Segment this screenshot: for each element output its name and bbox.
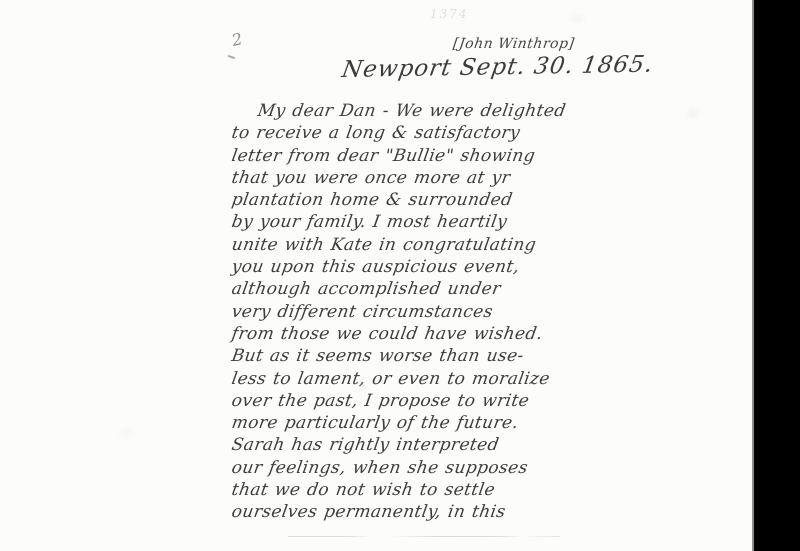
letter-line: that we do not wish to settle [230, 479, 579, 501]
letter-line: unite with Kate in congratulating [230, 234, 579, 256]
paper-smudge [120, 430, 132, 437]
letter-line: over the past, I propose to write [230, 390, 579, 412]
paper-crease-line [288, 536, 560, 537]
paper-smudge [570, 16, 584, 22]
margin-mark: 2 [230, 29, 244, 50]
letter-line: very different circumstances [230, 301, 579, 323]
faint-page-number: 1374 [430, 7, 469, 21]
letter-line: plantation home & surrounded [230, 189, 579, 211]
scanner-black-margin [752, 0, 800, 551]
scanned-letter-page: 1374 2 [John Winthrop] Newport Sept. 30.… [0, 0, 800, 551]
archival-note: [John Winthrop] [452, 36, 576, 52]
letter-line: less to lament, or even to moralize [230, 368, 579, 390]
dateline: Newport Sept. 30. 1865. [340, 52, 655, 83]
letter-line: ourselves permanently, in this [230, 501, 579, 523]
paper-smudge [688, 110, 698, 118]
letter-line: Sarah has rightly interpreted [230, 434, 579, 456]
letter-line: that you were once more at yr [230, 167, 579, 189]
letter-line: although accomplished under [230, 278, 579, 300]
letter-line: to receive a long & satisfactory [230, 122, 579, 144]
margin-mark-dash [228, 55, 235, 59]
letter-line: you upon this auspicious event, [230, 256, 579, 278]
letter-line: But as it seems worse than use- [230, 345, 579, 367]
letter-line: My dear Dan - We were delighted [230, 100, 579, 122]
letter-line: our feelings, when she supposes [230, 457, 579, 479]
letter-body: My dear Dan - We were delightedto receiv… [230, 100, 575, 524]
letter-line: more particularly of the future. [230, 412, 579, 434]
letter-line: by your family. I most heartily [230, 211, 579, 233]
letter-line: letter from dear "Bullie" showing [230, 145, 579, 167]
letter-line: from those we could have wished. [230, 323, 579, 345]
